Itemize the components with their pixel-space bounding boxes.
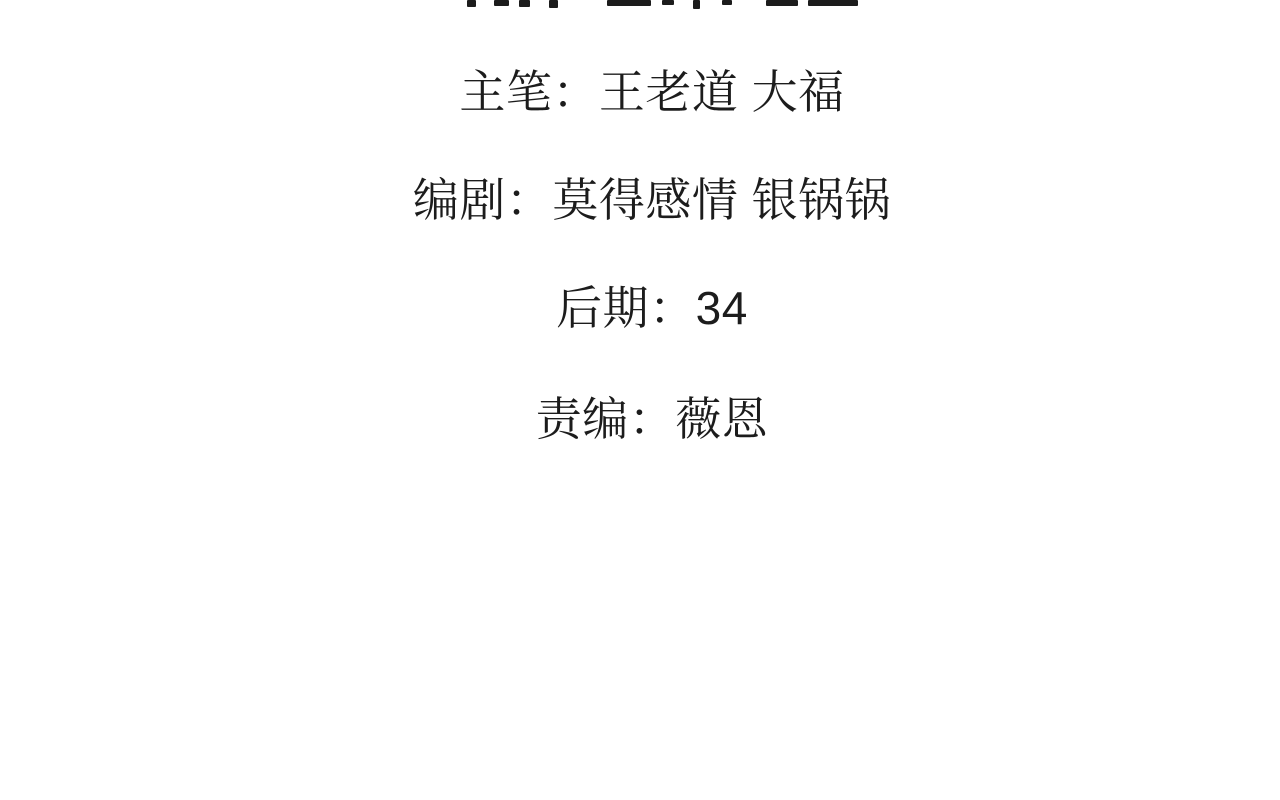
stroke-fragment	[766, 0, 798, 6]
stroke-fragment	[607, 0, 651, 6]
stroke-fragment	[549, 0, 558, 8]
stroke-fragment	[662, 0, 674, 5]
credits-page: 主笔：王老道 大福 编剧：莫得感情 银锅锅 后期：34 责编：薇恩	[0, 0, 1280, 800]
credit-line-editor: 责编：薇恩	[12, 396, 1280, 442]
credit-line-lead-artist: 主笔：王老道 大福	[12, 69, 1280, 115]
truncated-top-credit-line	[0, 0, 1280, 10]
stroke-fragment	[494, 0, 509, 6]
stroke-fragment	[722, 0, 732, 5]
credit-line-post-production: 后期：34	[12, 285, 1280, 331]
stroke-fragment	[467, 0, 476, 7]
stroke-fragment	[519, 0, 530, 7]
stroke-fragment	[808, 0, 858, 6]
stroke-fragment	[693, 0, 700, 9]
credit-line-screenwriter: 编剧：莫得感情 银锅锅	[12, 177, 1280, 223]
